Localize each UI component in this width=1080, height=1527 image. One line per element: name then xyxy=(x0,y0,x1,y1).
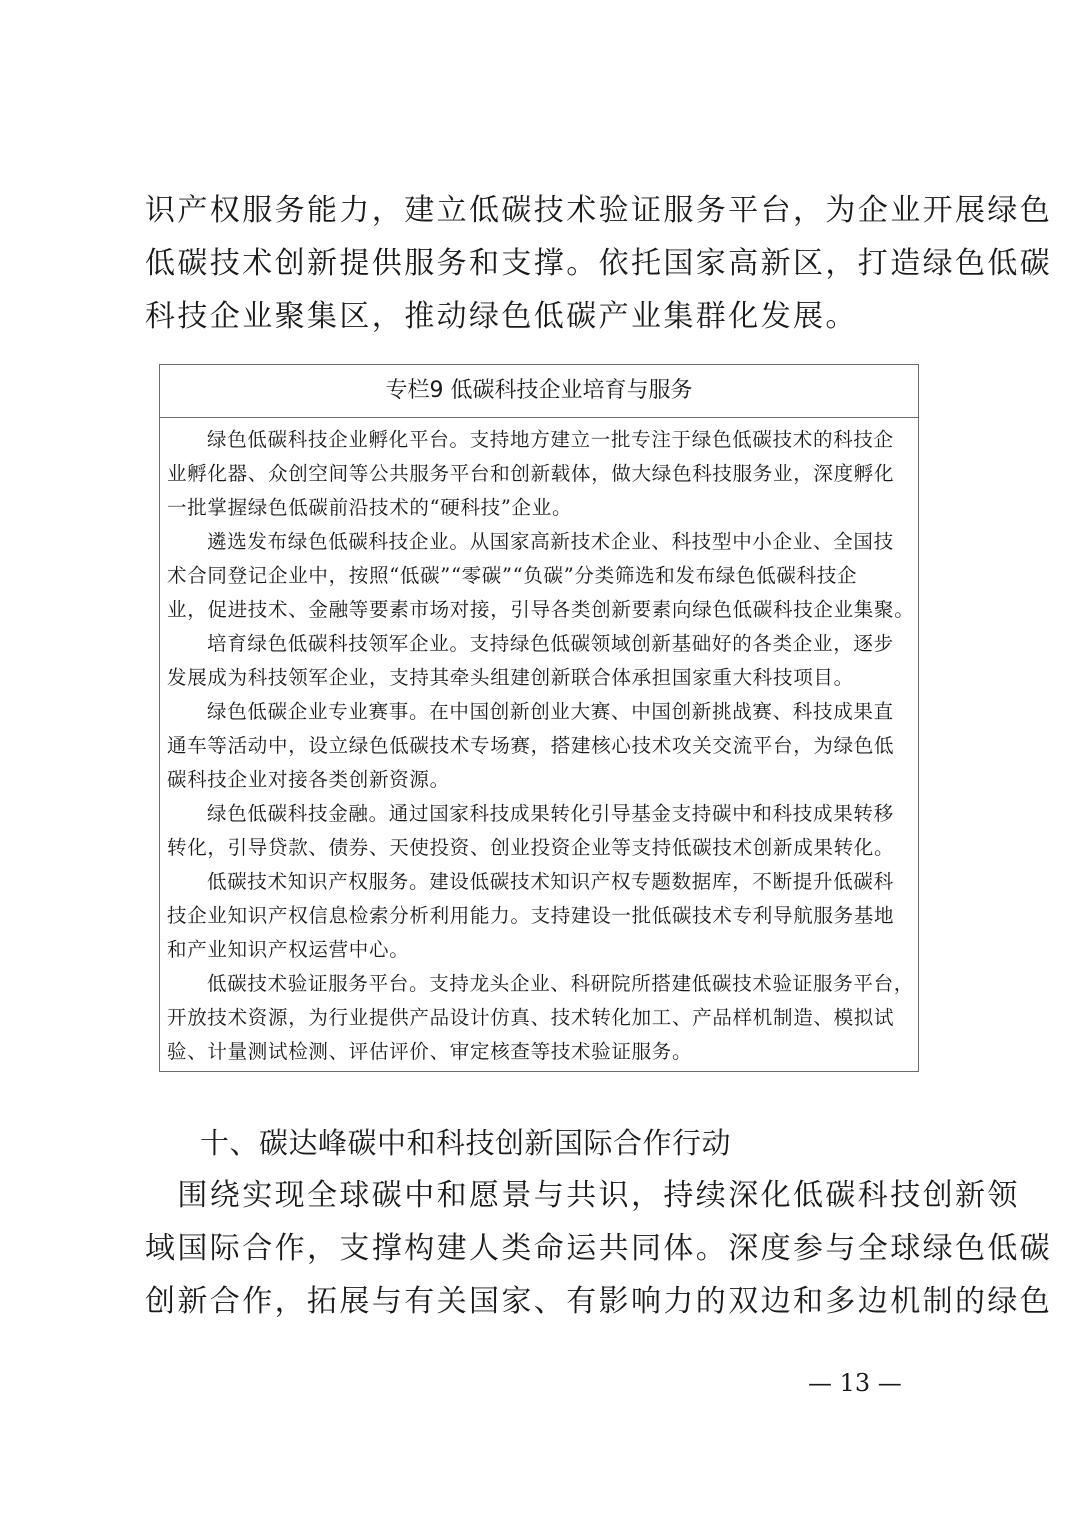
paragraph-line: 创新合作，拓展与有关国家、有影响力的双边和多边机制的绿色 xyxy=(145,1282,945,1322)
box-content: 绿色低碳科技企业孵化平台。支持地方建立一批专注于绿色低碳技术的科技企 业孵化器、… xyxy=(167,423,917,1069)
box-line: 术合同登记企业中，按照“低碳”“零碳”“负碳”分类筛选和发布绿色低碳科技企 xyxy=(167,559,917,593)
box-line: 转化，引导贷款、债券、天使投资、创业投资企业等支持低碳技术创新成果转化。 xyxy=(167,831,917,865)
page-number: — 13 — xyxy=(808,1368,902,1398)
box-line: 通车等活动中，设立绿色低碳技术专场赛，搭建核心技术攻关交流平台，为绿色低 xyxy=(167,729,917,763)
box-line: 业，促进技术、金融等要素市场对接，引导各类创新要素向绿色低碳科技企业集聚。 xyxy=(167,593,917,627)
section-heading: 十、碳达峰碳中和科技创新国际合作行动 xyxy=(200,1123,731,1163)
box-line: 碳科技企业对接各类创新资源。 xyxy=(167,763,917,797)
box-line: 业孵化器、众创空间等公共服务平台和创新载体，做大绿色科技服务业，深度孵化 xyxy=(167,457,917,491)
paragraph-line: 低碳技术创新提供服务和支撑。依托国家高新区，打造绿色低碳 xyxy=(145,244,945,284)
box-line: 绿色低碳科技企业孵化平台。支持地方建立一批专注于绿色低碳技术的科技企 xyxy=(167,423,917,457)
paragraph-line: 域国际合作，支撑构建人类命运共同体。深度参与全球绿色低碳 xyxy=(145,1229,945,1269)
box-line: 发展成为科技领军企业，支持其牵头组建创新联合体承担国家重大科技项目。 xyxy=(167,661,917,695)
box-line: 绿色低碳企业专业赛事。在中国创新创业大赛、中国创新挑战赛、科技成果直 xyxy=(167,695,917,729)
box-title: 专栏9 低碳科技企业培育与服务 xyxy=(160,365,918,418)
box-line: 验、计量测试检测、评估评价、审定核查等技术验证服务。 xyxy=(167,1035,917,1069)
sidebar-box-column-9: 专栏9 低碳科技企业培育与服务 绿色低碳科技企业孵化平台。支持地方建立一批专注于… xyxy=(159,364,919,1072)
box-line: 低碳技术知识产权服务。建设低碳技术知识产权专题数据库，不断提升低碳科 xyxy=(167,865,917,899)
paragraph-line: 识产权服务能力，建立低碳技术验证服务平台，为企业开展绿色 xyxy=(145,191,945,231)
box-line: 和产业知识产权运营中心。 xyxy=(167,933,917,967)
box-line: 培育绿色低碳科技领军企业。支持绿色低碳领域创新基础好的各类企业，逐步 xyxy=(167,627,917,661)
paragraph-line: 科技企业聚集区，推动绿色低碳产业集群化发展。 xyxy=(145,297,945,337)
box-line: 一批掌握绿色低碳前沿技术的“硬科技”企业。 xyxy=(167,491,917,525)
box-line: 绿色低碳科技金融。通过国家科技成果转化引导基金支持碳中和科技成果转移 xyxy=(167,797,917,831)
box-line: 低碳技术验证服务平台。支持龙头企业、科研院所搭建低碳技术验证服务平台， xyxy=(167,967,917,1001)
box-line: 遴选发布绿色低碳科技企业。从国家高新技术企业、科技型中小企业、全国技 xyxy=(167,525,917,559)
box-line: 技企业知识产权信息检索分析利用能力。支持建设一批低碳技术专利导航服务基地 xyxy=(167,899,917,933)
box-line: 开放技术资源，为行业提供产品设计仿真、技术转化加工、产品样机制造、模拟试 xyxy=(167,1001,917,1035)
paragraph-line: 围绕实现全球碳中和愿景与共识，持续深化低碳科技创新领 xyxy=(145,1176,945,1216)
